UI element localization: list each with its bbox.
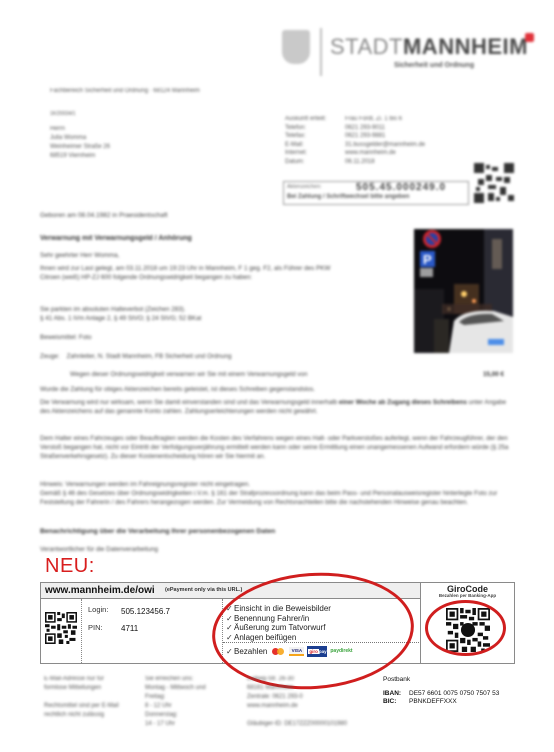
privacy-heading: Benachrichtigung über die Verarbeitung I… — [40, 527, 275, 536]
letter-subject: Verwarnung mit Verwarnungsgeld / Anhörun… — [40, 234, 192, 243]
witness-line: Zeuge: Zahnleiter, N. Stadt Mannheim, FB… — [40, 352, 231, 361]
birth-line: Geboren am 08.04.1982 in Praesidentschaf… — [40, 211, 168, 220]
girocode-divider — [420, 583, 421, 663]
city-crest-icon — [282, 30, 310, 64]
cost-paragraph: Dem Halter eines Fahrzeuges oder Beauftr… — [40, 434, 515, 461]
sender-line: Fachbereich Sicherheit und Ordnung · 681… — [50, 87, 200, 96]
notice-paragraph: Hinweis: Verwarnungen werden im Fahreign… — [40, 480, 515, 507]
pin-value: 4711 — [121, 624, 138, 633]
recipient-address: Herrn Julia Womma Weinheimer Straße 26 6… — [50, 125, 110, 161]
evidence-line: Beweismittel: Foto — [40, 333, 91, 342]
logo-wordmark: STADTMANNHEIM — [330, 34, 528, 60]
bank-name: Postbank — [383, 676, 410, 683]
contact-info: Auskunft erteilt:Frau Fordl, Zi. 1 bis 6… — [285, 115, 425, 166]
payment-note: Wurde die Zahlung für obiges Aktenzeiche… — [40, 385, 315, 394]
bic-value: PBNKDEFFXXX — [409, 698, 457, 706]
logo-flag-icon — [525, 33, 534, 42]
iban-value: DE57 6601 0075 0750 7507 53 — [409, 690, 499, 698]
girocode-header: GiroCode Bezahlen per Banking-App — [421, 583, 514, 598]
top-qr-code-icon — [474, 163, 514, 203]
validity-paragraph: Die Verwarnung wird nur wirksam, wenn Si… — [40, 398, 515, 416]
qr-divider — [81, 599, 82, 663]
login-value: 505.123456.7 — [121, 607, 170, 616]
fine-amount: 15,00 € — [483, 370, 504, 379]
recipient-ref: 1K/20034/1 — [50, 110, 76, 119]
department-name: Sicherheit und Ordnung — [394, 62, 474, 69]
evidence-photo: P — [414, 229, 513, 353]
footer-col-address: Ludwig-Str. 26-3068161 Mannheim Zentrale… — [247, 675, 347, 729]
logo-divider — [320, 28, 322, 76]
file-reference-box: Aktenzeichen: 505.45.000249.0 Bei Zahlun… — [283, 181, 469, 205]
salutation: Sehr geehrter Herr Womma, — [40, 251, 119, 260]
new-annotation-label: NEU: — [45, 555, 95, 578]
svg-text:P: P — [423, 252, 432, 267]
girocode-subtitle: Bezahlen per Banking-App — [421, 593, 514, 598]
offense-paragraph: Ihnen wird zur Last gelegt, am 03.11.201… — [40, 264, 340, 282]
file-reference-number: 505.45.000249.0 — [356, 182, 446, 193]
city-logo: STADTMANNHEIM Sicherheit und Ordnung — [282, 28, 547, 78]
offense-detail: Sie parkten im absoluten Halteverbot (Ze… — [40, 305, 340, 323]
login-label: Login: — [88, 605, 108, 614]
footer-col-hours: Sie erreichen uns:Montag - Mittwoch und … — [145, 675, 206, 729]
login-qr-code-icon[interactable] — [45, 611, 77, 645]
fine-text: Wegen dieser Ordnungswidrigkeit verwarne… — [70, 370, 308, 379]
bank-details: IBAN:DE57 6601 0075 0750 7507 53 BIC:PBN… — [383, 690, 499, 706]
girocode-highlight-ellipse — [425, 600, 506, 656]
url-note: (ePayment only via this URL.) — [165, 587, 242, 593]
privacy-line: Verantwortlicher für die Datenverarbeitu… — [40, 545, 158, 554]
footer-col-contact: E-Mail-Adresse nur fürformlose Mitteilun… — [44, 675, 119, 720]
pin-label: PIN: — [88, 623, 103, 632]
owi-url-link[interactable]: www.mannheim.de/owi — [45, 585, 155, 596]
